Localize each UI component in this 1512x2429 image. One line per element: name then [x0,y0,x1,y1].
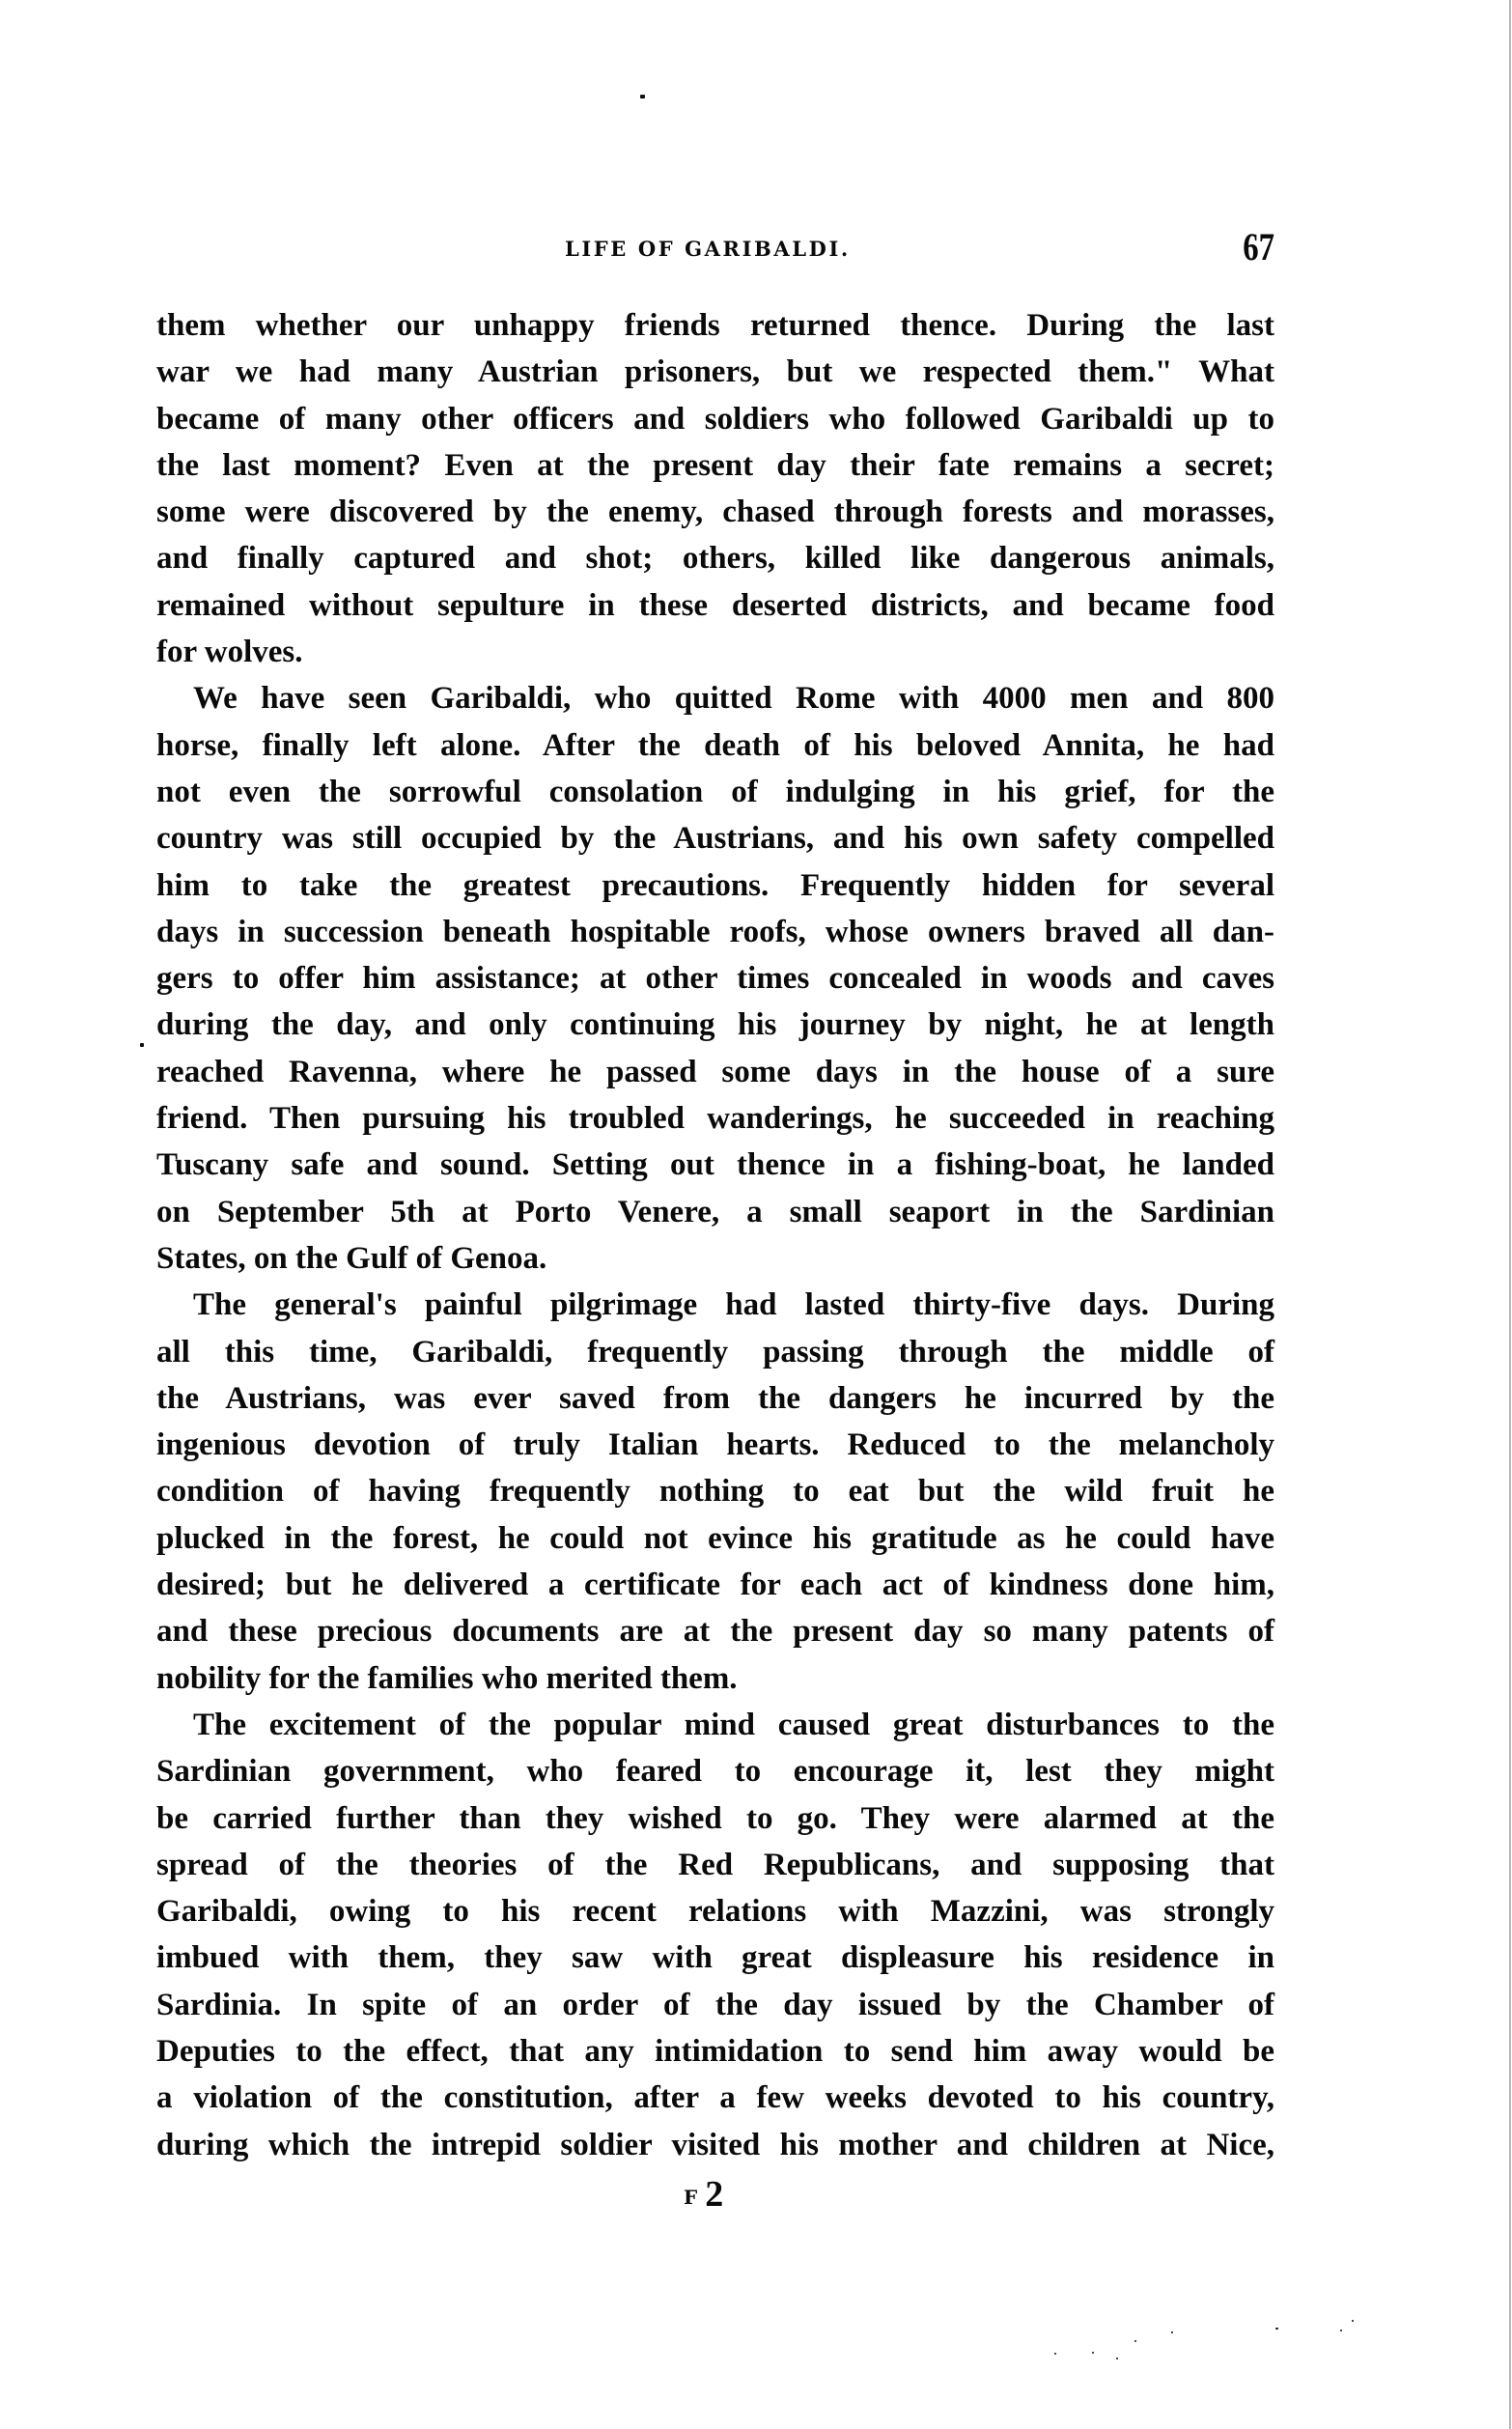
scan-speck [640,95,645,99]
text-line: a violation of the constitution, after a… [156,2075,1274,2121]
text-line: reached Ravenna, where he passed some da… [156,1049,1274,1095]
text-line: them whether our unhappy friends returne… [156,302,1274,349]
paragraph-3: The general's painful pilgrimage had las… [156,1282,1274,1702]
text-line: and these precious documents are at the … [156,1608,1274,1654]
text-line: during which the intrepid soldier visite… [156,2122,1274,2168]
text-line: remained without sepulture in these dese… [156,582,1274,629]
text-line: country was still occupied by the Austri… [156,815,1274,861]
signature-letter: F [684,2186,697,2209]
text-line: and finally captured and shot; others, k… [156,535,1274,581]
text-line: be carried further than they wished to g… [156,1795,1274,1842]
text-line: some were discovered by the enemy, chase… [156,489,1274,535]
signature-number: 2 [705,2174,723,2215]
paragraph-2: We have seen Garibaldi, who quitted Rome… [156,675,1274,1282]
text-line: on September 5th at Porto Venere, a smal… [156,1189,1274,1235]
text-line: The general's painful pilgrimage had las… [156,1282,1274,1328]
text-line: during the day, and only continuing his … [156,1002,1274,1048]
text-line: all this time, Garibaldi, frequently pas… [156,1329,1274,1375]
text-line: the last moment? Even at the present day… [156,442,1274,489]
running-title: LIFE OF GARIBALDI. [565,238,851,261]
text-line: not even the sorrowful consolation of in… [156,769,1274,815]
paragraph-4: The excitement of the popular mind cause… [156,1702,1274,2168]
page-number: 67 [1243,228,1274,267]
text-line: condition of having frequently nothing t… [156,1468,1274,1514]
text-line: ingenious devotion of truly Italian hear… [156,1422,1274,1468]
page-edge-line [1509,0,1511,2429]
scan-speck [1116,2358,1118,2359]
text-line: war we had many Austrian prisoners, but … [156,349,1274,395]
scan-speck [1340,2330,1342,2331]
text-line: States, on the Gulf of Genoa. [156,1235,1274,1282]
text-line: spread of the theories of the Red Republ… [156,1842,1274,1888]
text-line: the Austrians, was ever saved from the d… [156,1375,1274,1422]
scan-speck [140,1043,144,1047]
running-head: LIFE OF GARIBALDI. 67 [156,228,1274,267]
text-line: gers to offer him assistance; at other t… [156,955,1274,1002]
signature-mark: F2 [684,2175,723,2217]
scan-speck [1171,2331,1173,2333]
text-line: nobility for the families who merited th… [156,1655,1274,1702]
scan-speck [1054,2353,1056,2355]
text-line: horse, finally left alone. After the dea… [156,722,1274,769]
text-line: imbued with them, they saw with great di… [156,1935,1274,1981]
text-line: Garibaldi, owing to his recent relations… [156,1888,1274,1935]
text-line: became of many other officers and soldie… [156,396,1274,442]
scan-speck [1275,2328,1278,2330]
text-line: Tuscany safe and sound. Setting out then… [156,1142,1274,1188]
text-line: plucked in the forest, he could not evin… [156,1515,1274,1562]
text-line: Sardinia. In spite of an order of the da… [156,1982,1274,2028]
scan-speck [1092,2352,1094,2354]
paragraph-1: them whether our unhappy friends returne… [156,302,1274,675]
text-line: Sardinian government, who feared to enco… [156,1748,1274,1794]
scan-speck [1352,2320,1354,2322]
body-text: them whether our unhappy friends returne… [156,302,1274,2168]
text-line: desired; but he delivered a certificate … [156,1562,1274,1608]
text-line: him to take the greatest precautions. Fr… [156,862,1274,909]
scan-speck [1134,2340,1136,2342]
text-line: friend. Then pursuing his troubled wande… [156,1095,1274,1142]
text-line: for wolves. [156,629,1274,675]
text-line: The excitement of the popular mind cause… [156,1702,1274,1748]
text-line: We have seen Garibaldi, who quitted Rome… [156,675,1274,721]
text-line: Deputies to the effect, that any intimid… [156,2028,1274,2075]
text-line: days in succession beneath hospitable ro… [156,909,1274,955]
